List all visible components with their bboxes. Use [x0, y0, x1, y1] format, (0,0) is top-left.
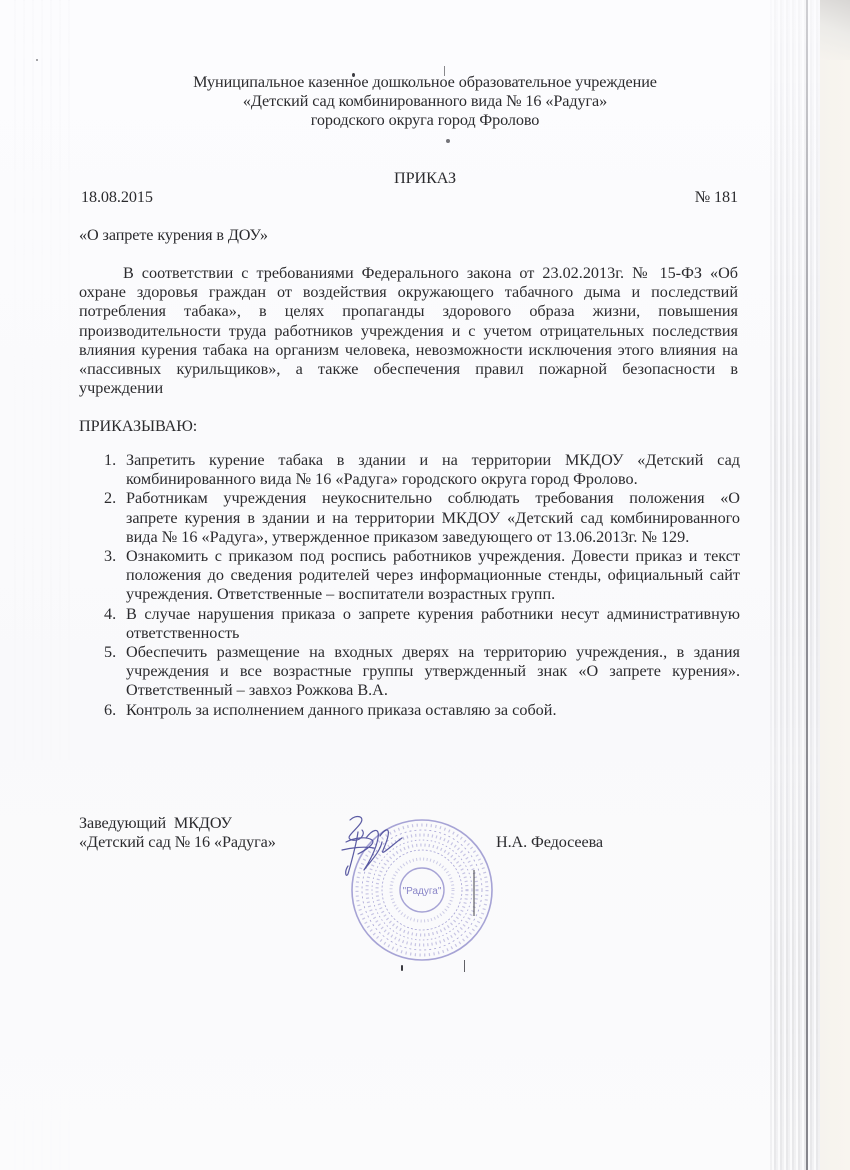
item-line: учреждения и все возрастные группы утвер… — [126, 662, 740, 681]
paper-edge — [820, 0, 850, 1170]
scan-artifact-line — [806, 0, 808, 1170]
list-item: 5. Обеспечить размещение на входных двер… — [100, 643, 740, 701]
signatory-position-line2: «Детский сад № 16 «Радуга» — [79, 833, 276, 852]
item-line: запрете курения в здании и на территории… — [126, 509, 740, 528]
preamble-line: «пассивных курильщиков», а также обеспеч… — [79, 360, 738, 379]
item-number: 1. — [104, 451, 116, 470]
item-number: 3. — [104, 547, 116, 566]
item-line: Работникам учреждения неукоснительно соб… — [126, 489, 740, 508]
item-line: Ознакомить с приказом под роспись работн… — [126, 547, 740, 566]
directive-label: ПРИКАЗЫВАЮ: — [79, 417, 197, 436]
item-line: учреждения. Ответственные – воспитатели … — [126, 585, 740, 604]
preamble-line: потребления табака», в целях пропаганды … — [79, 302, 738, 321]
item-number: 6. — [104, 701, 116, 720]
list-item: 4. В случае нарушения приказа о запрете … — [100, 605, 740, 643]
order-number: № 181 — [695, 188, 738, 207]
paper-edge-corner — [820, 0, 850, 60]
list-item: 1. Запретить курение табака в здании и н… — [100, 451, 740, 489]
list-item: 3. Ознакомить с приказом под роспись раб… — [100, 547, 740, 605]
document-page: Муниципальное казенное дошкольное образо… — [0, 0, 850, 1170]
org-name-line3: городского округа город Фролово — [60, 111, 790, 130]
item-line: положения до сведения родителей через ин… — [126, 566, 740, 585]
scan-speck — [36, 59, 38, 61]
list-item: 6. Контроль за исполнением данного прика… — [100, 701, 740, 720]
preamble: В соответствии с требованиями Федерально… — [79, 264, 738, 398]
scan-speck — [401, 965, 403, 971]
item-number: 2. — [104, 489, 116, 508]
preamble-line: производительности труда работников учре… — [79, 322, 738, 341]
stamp-center-text: "Радуга" — [403, 886, 442, 897]
order-items-list: 1. Запретить курение табака в здании и н… — [100, 451, 740, 720]
scan-speck — [446, 139, 450, 143]
org-name-line1: Муниципальное казенное дошкольное образо… — [60, 73, 790, 92]
order-subject: «О запрете курения в ДОУ» — [79, 226, 268, 245]
item-line: комбинированного вида № 16 «Радуга» горо… — [126, 470, 740, 489]
signatory-position-line1: Заведующий МКДОУ — [79, 814, 232, 833]
org-name-line2: «Детский сад комбинированного вида № 16 … — [60, 92, 790, 111]
preamble-line: В соответствии с требованиями Федерально… — [79, 264, 738, 283]
order-date: 18.08.2015 — [81, 188, 153, 207]
item-line: Ответственный – завхоз Рожкова В.А. — [126, 681, 740, 700]
item-line: вида № 16 «Радуга», утвержденное приказо… — [126, 528, 740, 547]
handwritten-signature-icon — [336, 812, 406, 880]
item-line: В случае нарушения приказа о запрете кур… — [126, 605, 740, 624]
item-number: 4. — [104, 605, 116, 624]
order-title: ПРИКАЗ — [60, 169, 790, 188]
item-line: ответственность — [126, 624, 740, 643]
item-line: Контроль за исполнением данного приказа … — [126, 701, 740, 720]
list-item: 2. Работникам учреждения неукоснительно … — [100, 489, 740, 547]
item-line: Запретить курение табака в здании и на т… — [126, 451, 740, 470]
preamble-line: учреждении — [79, 379, 738, 398]
item-number: 5. — [104, 643, 116, 662]
preamble-line: охране здоровья граждан от воздействия о… — [79, 283, 738, 302]
signatory-name: Н.А. Федосеева — [496, 833, 603, 852]
preamble-line: влияния курения табака на организм челов… — [79, 341, 738, 360]
item-line: Обеспечить размещение на входных дверях … — [126, 643, 740, 662]
